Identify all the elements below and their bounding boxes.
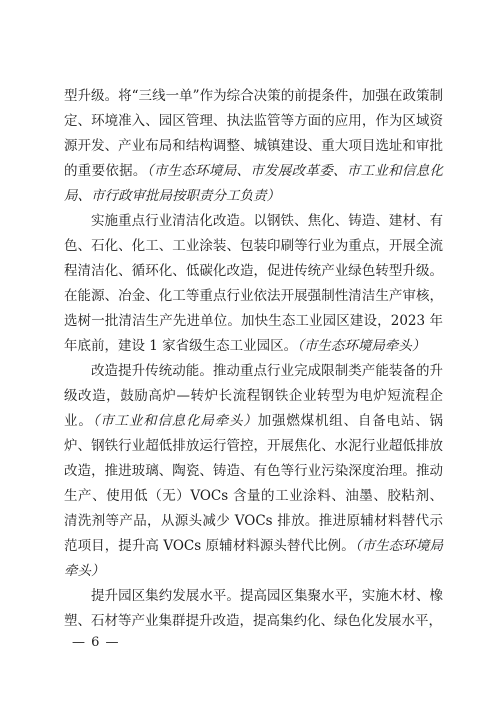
paragraph-3: 改造提升传统动能。推动重点行业完成限制类产能装备的升级改造，鼓励高炉—转炉长流程… xyxy=(64,359,443,584)
paragraph-1: 型升级。将“三线一单”作为综合决策的前提条件，加强在政策制定、环境准入、园区管理… xyxy=(64,84,443,209)
body-text: 提升园区集约发展水平。提高园区集聚水平，实施木材、橡塑、石材等产业集群提升改造，… xyxy=(64,588,443,629)
paragraph-2: 实施重点行业清洁化改造。以钢铁、焦化、铸造、建材、有色、石化、化工、工业涂装、包… xyxy=(64,209,443,359)
paragraph-4: 提升园区集约发展水平。提高园区集聚水平，实施木材、橡塑、石材等产业集群提升改造，… xyxy=(64,584,443,634)
body-text: 加强燃煤机组、自备电站、锅炉、钢铁行业超低排放运行管控，开展焦化、水泥行业超低排… xyxy=(64,413,443,554)
document-body: 型升级。将“三线一单”作为综合决策的前提条件，加强在政策制定、环境准入、园区管理… xyxy=(64,84,443,634)
agency-annotation: （市工业和信息化局牵头） xyxy=(93,413,258,429)
agency-annotation: （市生态环境局牵头） xyxy=(297,338,425,354)
page-number: — 6 — xyxy=(72,634,120,652)
document-page: 型升级。将“三线一单”作为综合决策的前提条件，加强在政策制定、环境准入、园区管理… xyxy=(0,0,500,707)
body-text: 实施重点行业清洁化改造。以钢铁、焦化、铸造、建材、有色、石化、化工、工业涂装、包… xyxy=(64,213,443,354)
